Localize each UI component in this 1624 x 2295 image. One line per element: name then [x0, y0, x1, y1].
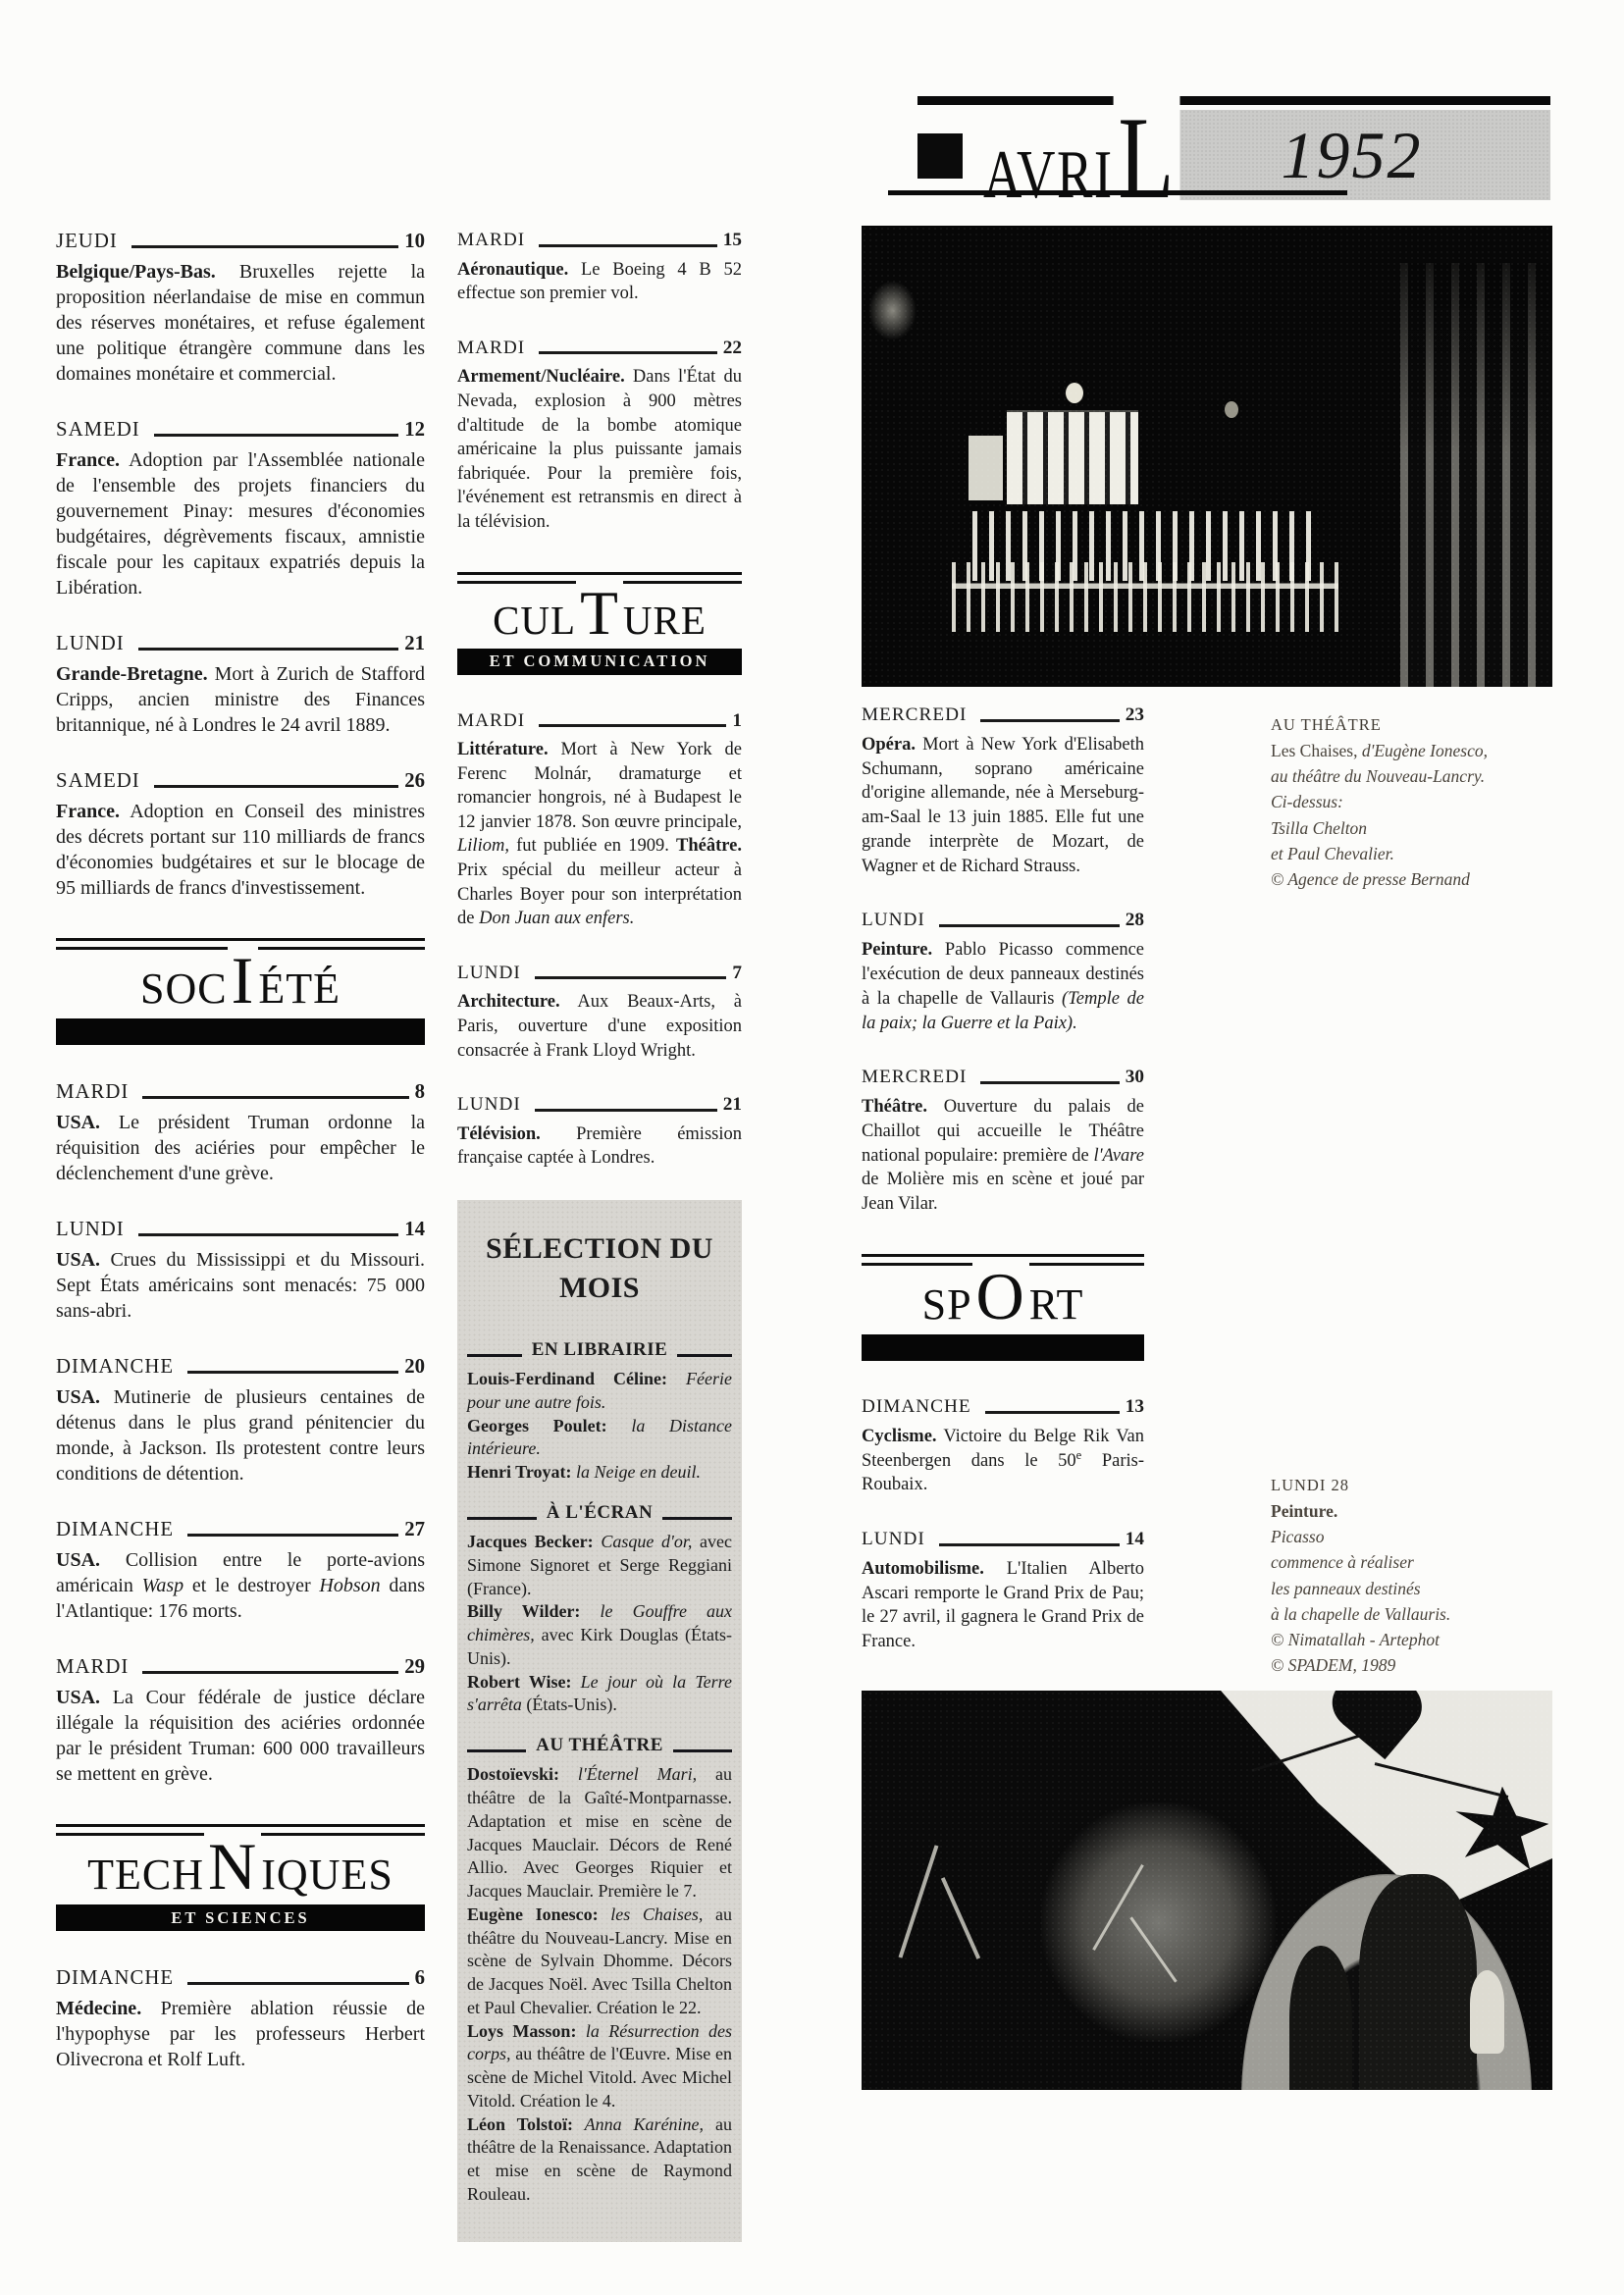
day-rule — [142, 1096, 408, 1099]
day-rule — [154, 434, 398, 437]
day-number: 27 — [404, 1516, 425, 1542]
section-title: SPORT — [862, 1254, 1144, 1327]
day-name: DIMANCHE — [56, 1964, 174, 1991]
section-title-big-letter: O — [972, 1259, 1029, 1333]
day-heading: SAMEDI12 — [56, 416, 425, 443]
section-title-text: ÉTÉ — [258, 965, 341, 1013]
section-title-text: SP — [922, 1280, 972, 1329]
caption-line: commence à réaliser — [1271, 1549, 1557, 1575]
day-heading: LUNDI7 — [457, 961, 742, 986]
event-entry: DIMANCHE27 USA. Collision entre le porte… — [56, 1516, 425, 1624]
subhead-rule — [673, 1749, 732, 1752]
day-heading: DIMANCHE6 — [56, 1964, 425, 1991]
day-rule — [131, 245, 398, 248]
caption-line: à la chapelle de Vallauris. — [1271, 1601, 1557, 1627]
day-name: MARDI — [457, 228, 525, 253]
entry-text: Cyclisme. Victoire du Belge Rik Van Stee… — [862, 1425, 1144, 1497]
selection-subhead-librairie: EN LIBRAIRIE — [467, 1337, 732, 1362]
day-number: 26 — [404, 767, 425, 794]
day-number: 30 — [1126, 1065, 1144, 1090]
day-number: 23 — [1126, 703, 1144, 728]
day-heading: DIMANCHE27 — [56, 1516, 425, 1542]
entry-text: Architecture. Aux Beaux-Arts, à Paris, o… — [457, 990, 742, 1063]
section-title-text: RT — [1029, 1280, 1084, 1329]
day-number: 15 — [723, 228, 742, 253]
window-panel-shape — [969, 436, 1003, 500]
caption-heading: AU THÉÂTRE — [1271, 713, 1557, 738]
selection-item: Robert Wise: Le jour où la Terre s'arrêt… — [467, 1671, 732, 1718]
section-title-big-letter: T — [576, 578, 623, 648]
day-heading: MARDI1 — [457, 708, 742, 734]
day-rule — [138, 648, 399, 651]
caption-line: Les Chaises, d'Eugène Ionesco, — [1271, 738, 1557, 763]
day-number: 28 — [1126, 908, 1144, 933]
selection-item: Louis-Ferdinand Céline: Féerie pour une … — [467, 1368, 732, 1415]
event-entry: LUNDI14 USA. Crues du Mississippi et du … — [56, 1216, 425, 1324]
event-entry: MERCREDI30 Théâtre. Ouverture du palais … — [862, 1065, 1144, 1217]
day-rule — [535, 976, 727, 979]
selection-item: Billy Wilder: le Gouffre aux chimères, a… — [467, 1600, 732, 1670]
selection-item: Eugène Ionesco: les Chaises, au théâtre … — [467, 1904, 732, 2020]
event-entry: LUNDI28 Peinture. Pablo Picasso commence… — [862, 908, 1144, 1035]
entry-text: Belgique/Pays-Bas. Bruxelles rejette la … — [56, 259, 425, 387]
day-rule — [154, 785, 398, 788]
window-panels-shape — [1007, 410, 1138, 504]
entry-text: Littérature. Mort à New York de Ferenc M… — [457, 738, 742, 931]
section-header-culture: CULTURE ET COMMUNICATION — [457, 572, 742, 675]
column-middle: MARDI15 Aéronautique. Le Boeing 4 B 52 e… — [457, 228, 742, 2242]
day-rule — [539, 244, 717, 247]
subhead-rule — [467, 1749, 526, 1752]
selection-item: Léon Tolstoï: Anna Karénine, au théâtre … — [467, 2113, 732, 2207]
section-header-techniques: TECHNIQUES ET SCIENCES — [56, 1824, 425, 1931]
day-number: 29 — [404, 1653, 425, 1680]
column-left: JEUDI10 Belgique/Pays-Bas. Bruxelles rej… — [56, 228, 425, 2102]
day-name: DIMANCHE — [56, 1353, 174, 1380]
column-right: MERCREDI23 Opéra. Mort à New York d'Elis… — [862, 703, 1144, 1684]
day-number: 8 — [415, 1078, 425, 1105]
day-number: 13 — [1126, 1394, 1144, 1420]
selection-item: Henri Troyat: la Neige en deuil. — [467, 1461, 732, 1485]
section-black-bar — [862, 1334, 1144, 1361]
section-title-text: SOC — [140, 965, 228, 1013]
day-heading: MARDI29 — [56, 1653, 425, 1680]
black-square-icon — [917, 133, 963, 179]
day-name: JEUDI — [56, 228, 118, 254]
silhouette-figure — [1359, 1874, 1477, 2090]
entry-text: France. Adoption en Conseil des ministre… — [56, 799, 425, 901]
entry-text: Télévision. Première émission française … — [457, 1122, 742, 1171]
entry-text: Médecine. Première ablation réussie de l… — [56, 1996, 425, 2072]
section-header-societe: SOCIÉTÉ — [56, 938, 425, 1045]
section-title-big-letter: N — [204, 1829, 261, 1904]
curtain-shape — [1400, 263, 1552, 687]
caption-line: les panneaux destinés — [1271, 1576, 1557, 1601]
photo-caption-peinture: LUNDI 28 Peinture. Picasso commence à ré… — [1271, 1474, 1557, 1679]
month-title-big-letter: L — [1114, 92, 1180, 223]
day-heading: LUNDI21 — [56, 630, 425, 656]
event-entry: MERCREDI23 Opéra. Mort à New York d'Elis… — [862, 703, 1144, 878]
section-title-text: IQUES — [261, 1851, 393, 1899]
header-rule — [917, 96, 1550, 105]
day-rule — [980, 1081, 1119, 1084]
caption-line: au théâtre du Nouveau-Lancry. — [1271, 763, 1557, 789]
subhead-label: AU THÉÂTRE — [536, 1733, 663, 1757]
selection-item: Georges Poulet: la Distance intérieure. — [467, 1415, 732, 1462]
day-name: LUNDI — [56, 1216, 125, 1242]
subhead-rule — [662, 1517, 732, 1520]
white-figure-shape — [1470, 1970, 1504, 2054]
day-rule — [187, 1371, 398, 1374]
selection-item: Loys Masson: la Résurrection des corps, … — [467, 2020, 732, 2113]
caption-line: et Paul Chevalier. — [1271, 841, 1557, 866]
subhead-rule — [467, 1517, 537, 1520]
month-title-text: AVRI — [983, 137, 1114, 213]
subhead-label: EN LIBRAIRIE — [532, 1337, 668, 1362]
entry-text: Peinture. Pablo Picasso commence l'exécu… — [862, 938, 1144, 1035]
magazine-page: AVRIL 1952 JEUDI10 Belgique/Pays-Bas. Br… — [0, 0, 1624, 2295]
day-rule — [142, 1671, 398, 1674]
caption-line: Peinture. — [1271, 1498, 1557, 1524]
day-name: MARDI — [56, 1653, 129, 1680]
section-title-big-letter: I — [228, 943, 259, 1017]
entry-text: Opéra. Mort à New York d'Elisabeth Schum… — [862, 733, 1144, 879]
day-number: 21 — [404, 630, 425, 656]
picasso-panels-photo — [862, 1691, 1552, 2090]
day-heading: LUNDI28 — [862, 908, 1144, 933]
event-entry: MARDI15 Aéronautique. Le Boeing 4 B 52 e… — [457, 228, 742, 306]
event-entry: DIMANCHE13 Cyclisme. Victoire du Belge R… — [862, 1394, 1144, 1497]
day-heading: SAMEDI26 — [56, 767, 425, 794]
chairs-shape — [952, 562, 1338, 632]
year-banner: 1952 — [1153, 110, 1550, 200]
day-rule — [980, 719, 1119, 722]
day-number: 10 — [404, 228, 425, 254]
caption-credit: © Nimatallah - Artephot — [1271, 1627, 1557, 1652]
entry-text: Automobilisme. L'Italien Alberto Ascari … — [862, 1557, 1144, 1654]
subhead-rule — [677, 1354, 732, 1357]
day-rule — [539, 351, 717, 354]
day-name: DIMANCHE — [862, 1394, 971, 1420]
event-entry: MARDI8 USA. Le président Truman ordonne … — [56, 1078, 425, 1186]
section-title: CULTURE — [457, 572, 742, 641]
day-name: MARDI — [56, 1078, 129, 1105]
event-entry: SAMEDI12 France. Adoption par l'Assemblé… — [56, 416, 425, 600]
entry-text: USA. Mutinerie de plusieurs centaines de… — [56, 1384, 425, 1487]
section-title-text: URE — [623, 598, 707, 643]
day-name: LUNDI — [862, 908, 925, 933]
section-title: TECHNIQUES — [56, 1824, 425, 1897]
scribble-shape — [899, 1845, 939, 1957]
month-title: AVRIL — [983, 114, 1180, 210]
section-black-bar — [56, 1018, 425, 1045]
caption-credit: © SPADEM, 1989 — [1271, 1652, 1557, 1678]
day-name: DIMANCHE — [56, 1516, 174, 1542]
actor-head-shape — [1225, 401, 1238, 418]
day-name: LUNDI — [862, 1527, 925, 1552]
stage-light-shape — [868, 281, 917, 340]
event-entry: MARDI22 Armement/Nucléaire. Dans l'État … — [457, 336, 742, 535]
day-heading: LUNDI14 — [862, 1527, 1144, 1552]
caption-heading: LUNDI 28 — [1271, 1474, 1557, 1498]
day-rule — [539, 724, 726, 727]
section-title-text: CUL — [493, 598, 576, 643]
event-entry: LUNDI14 Automobilisme. L'Italien Alberto… — [862, 1527, 1144, 1654]
entry-text: Grande-Bretagne. Mort à Zurich de Staffo… — [56, 661, 425, 738]
day-name: LUNDI — [457, 961, 521, 986]
section-title-text: TECH — [87, 1851, 204, 1899]
selection-item: Dostoïevski: l'Éternel Mari, au théâtre … — [467, 1763, 732, 1904]
section-black-bar: ET SCIENCES — [56, 1904, 425, 1931]
entry-text: USA. Collision entre le porte-avions amé… — [56, 1547, 425, 1624]
entry-text: USA. La Cour fédérale de justice déclare… — [56, 1685, 425, 1787]
day-heading: LUNDI14 — [56, 1216, 425, 1242]
day-rule — [535, 1109, 717, 1112]
day-rule — [187, 1534, 398, 1537]
day-heading: MARDI22 — [457, 336, 742, 361]
day-number: 7 — [732, 961, 742, 986]
day-number: 20 — [404, 1353, 425, 1380]
section-title: SOCIÉTÉ — [56, 938, 425, 1011]
figure-glow-shape — [1041, 1802, 1276, 2042]
photo-caption-theatre: AU THÉÂTRE Les Chaises, d'Eugène Ionesco… — [1271, 713, 1557, 892]
event-entry: SAMEDI26 France. Adoption en Conseil des… — [56, 767, 425, 901]
event-entry: MARDI1 Littérature. Mort à New York de F… — [457, 708, 742, 931]
event-entry: DIMANCHE20 USA. Mutinerie de plusieurs c… — [56, 1353, 425, 1487]
day-number: 1 — [732, 708, 742, 734]
day-number: 14 — [1126, 1527, 1144, 1552]
caption-line: Ci-dessus: — [1271, 789, 1557, 814]
day-rule — [985, 1411, 1120, 1414]
event-entry: LUNDI21 Télévision. Première émission fr… — [457, 1092, 742, 1171]
day-heading: MARDI15 — [457, 228, 742, 253]
section-header-sport: SPORT — [862, 1254, 1144, 1361]
day-name: LUNDI — [457, 1092, 521, 1118]
selection-subhead-theatre: AU THÉÂTRE — [467, 1733, 732, 1757]
section-black-bar: ET COMMUNICATION — [457, 649, 742, 675]
day-number: 12 — [404, 416, 425, 443]
day-rule — [939, 1543, 1120, 1546]
event-entry: JEUDI10 Belgique/Pays-Bas. Bruxelles rej… — [56, 228, 425, 387]
day-rule — [138, 1233, 399, 1236]
theatre-stage-photo — [862, 226, 1552, 687]
day-number: 21 — [723, 1092, 742, 1118]
entry-text: France. Adoption par l'Assemblée nationa… — [56, 447, 425, 600]
day-heading: MERCREDI30 — [862, 1065, 1144, 1090]
day-name: MERCREDI — [862, 703, 967, 728]
event-entry: LUNDI7 Architecture. Aux Beaux-Arts, à P… — [457, 961, 742, 1063]
day-name: SAMEDI — [56, 416, 140, 443]
event-entry: LUNDI21 Grande-Bretagne. Mort à Zurich d… — [56, 630, 425, 738]
day-heading: MERCREDI23 — [862, 703, 1144, 728]
day-rule — [939, 924, 1120, 927]
entry-text: USA. Le président Truman ordonne la réqu… — [56, 1110, 425, 1186]
day-rule — [187, 1982, 409, 1985]
day-heading: DIMANCHE13 — [862, 1394, 1144, 1420]
day-number: 14 — [404, 1216, 425, 1242]
day-heading: DIMANCHE20 — [56, 1353, 425, 1380]
day-heading: JEUDI10 — [56, 228, 425, 254]
day-number: 22 — [723, 336, 742, 361]
entry-text: Aéronautique. Le Boeing 4 B 52 effectue … — [457, 258, 742, 306]
silhouette-figure — [1289, 1946, 1351, 2090]
day-name: LUNDI — [56, 630, 125, 656]
event-entry: DIMANCHE6 Médecine. Première ablation ré… — [56, 1964, 425, 2072]
header-thin-rule — [888, 190, 1347, 195]
day-heading: MARDI8 — [56, 1078, 425, 1105]
day-name: MERCREDI — [862, 1065, 967, 1090]
subhead-rule — [467, 1354, 522, 1357]
day-name: SAMEDI — [56, 767, 140, 794]
selection-subhead-ecran: À L'ÉCRAN — [467, 1500, 732, 1525]
day-number: 6 — [415, 1964, 425, 1991]
actor-head-shape — [1066, 383, 1083, 403]
selection-du-mois-box: SÉLECTION DU MOIS EN LIBRAIRIE Louis-Fer… — [457, 1200, 742, 2242]
day-name: MARDI — [457, 336, 525, 361]
caption-line: Picasso — [1271, 1524, 1557, 1549]
scribble-shape — [940, 1877, 979, 1959]
selection-title: SÉLECTION DU MOIS — [467, 1229, 732, 1308]
caption-credit: © Agence de presse Bernand — [1271, 866, 1557, 892]
subhead-label: À L'ÉCRAN — [547, 1500, 653, 1525]
day-name: MARDI — [457, 708, 525, 734]
selection-item: Jacques Becker: Casque d'or, avec Simone… — [467, 1531, 732, 1600]
entry-text: USA. Crues du Mississippi et du Missouri… — [56, 1247, 425, 1324]
year-text: 1952 — [1282, 117, 1423, 194]
caption-line: Tsilla Chelton — [1271, 815, 1557, 841]
entry-text: Armement/Nucléaire. Dans l'État du Nevad… — [457, 365, 742, 534]
event-entry: MARDI29 USA. La Cour fédérale de justice… — [56, 1653, 425, 1787]
day-heading: LUNDI21 — [457, 1092, 742, 1118]
entry-text: Théâtre. Ouverture du palais de Chaillot… — [862, 1095, 1144, 1217]
